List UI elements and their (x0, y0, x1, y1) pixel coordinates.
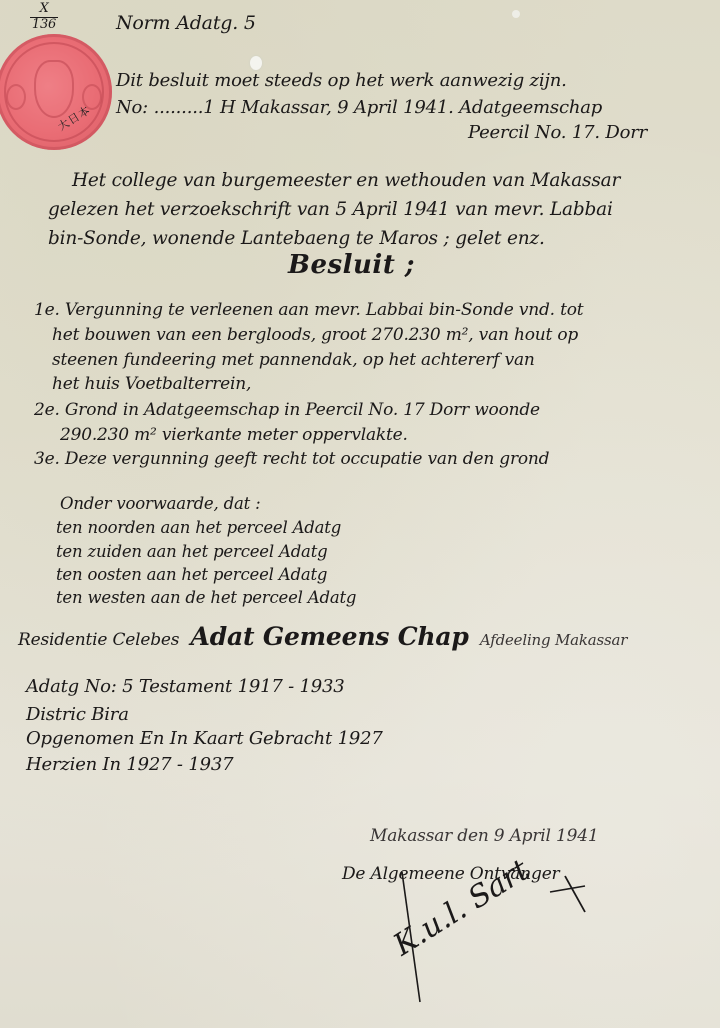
condition-line-north: ten noorden aan het perceel Adatg (56, 518, 341, 537)
decision-heading: Besluit ; (288, 250, 415, 280)
article-3-line: 3e. Deze vergunning geeft recht tot occu… (34, 449, 549, 469)
condition-line-east: ten oosten aan het perceel Adatg (56, 565, 327, 584)
paper-spot (512, 10, 520, 18)
registration-line: Herzien In 1927 - 1937 (26, 754, 233, 775)
registration-line: Distric Bira (26, 704, 129, 725)
residency-label: Residentie Celebes (18, 630, 179, 650)
jurisdiction-line: Residentie Celebes Adat Gemeens Chap Afd… (18, 622, 627, 651)
article-1-line: steenen fundeering met pannendak, op het… (52, 350, 535, 370)
reference-number: X 136 (30, 2, 58, 32)
preamble-line: Het college van burgemeester en wethoude… (72, 166, 620, 195)
seal-left-ornament-icon (6, 84, 26, 110)
article-1-line: 1e. Vergunning te verleenen aan mevr. La… (34, 300, 583, 320)
red-seal-stamp-icon: 大日本 (0, 34, 112, 150)
adat-community-title: Adat Gemeens Chap (191, 622, 469, 651)
condition-line-west: ten westen aan de het perceel Adatg (56, 588, 356, 607)
place-and-date: Makassar den 9 April 1941 (370, 826, 598, 846)
number-date-line: No: .........1 H Makassar, 9 April 1941.… (116, 97, 602, 118)
parcel-line: Peercil No. 17. Dorr (468, 122, 647, 143)
preamble-line: gelezen het verzoekschrift van 5 April 1… (48, 195, 613, 224)
conditions-intro: Onder voorwaarde, dat : (60, 494, 260, 513)
division-label: Afdeeling Makassar (480, 631, 627, 649)
article-2-line: 2e. Grond in Adatgeemschap in Peercil No… (34, 400, 540, 420)
form-label: Norm Adatg. 5 (116, 12, 256, 34)
article-1-line: het bouwen van een bergloods, groot 270.… (52, 325, 578, 345)
reference-numerator: X (30, 2, 58, 18)
registration-line: Opgenomen En In Kaart Gebracht 1927 (26, 728, 383, 749)
registration-line: Adatg No: 5 Testament 1917 - 1933 (26, 676, 345, 697)
document-page: X 136 大日本 Norm Adatg. 5 Dit besluit moet… (0, 0, 720, 1028)
reference-denominator: 136 (30, 18, 58, 32)
article-2-line: 290.230 m² vierkante meter oppervlakte. (60, 425, 408, 445)
preamble-line: bin-Sonde, wonende Lantebaeng te Maros ;… (48, 224, 545, 253)
punch-hole (250, 56, 262, 70)
condition-line-south: ten zuiden aan het perceel Adatg (56, 542, 328, 561)
notice-line: Dit besluit moet steeds op het werk aanw… (116, 70, 567, 91)
seal-crest-icon (34, 60, 74, 118)
article-1-line: het huis Voetbalterrein, (52, 374, 251, 394)
